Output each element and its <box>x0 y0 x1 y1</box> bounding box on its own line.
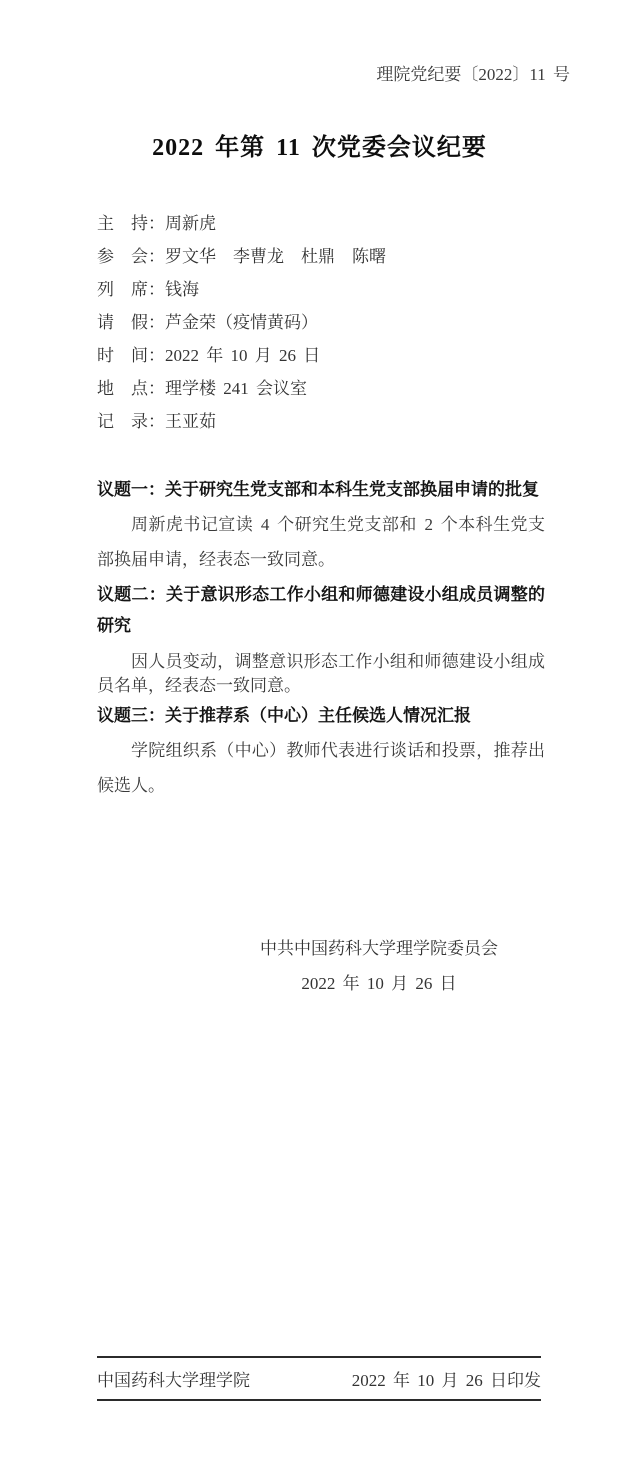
info-line-time: 时 间：2022 年 10 月 26 日 <box>97 339 545 372</box>
signature-organization: 中共中国药科大学理学院委员会 <box>155 931 603 966</box>
document-body: 主 持：周新虎 参 会：罗文华 李曹龙 杜鼎 陈曙 列 席：钱海 请 假：芦金荣… <box>97 207 545 1001</box>
meeting-info-block: 主 持：周新虎 参 会：罗文华 李曹龙 杜鼎 陈曙 列 席：钱海 请 假：芦金荣… <box>97 207 545 438</box>
page-title: 2022 年第 11 次党委会议纪要 <box>0 133 639 163</box>
agenda-item-3-body: 学院组织系（中心）教师代表进行谈话和投票，推荐出候选人。 <box>97 733 545 803</box>
agenda-item-1-heading: 议题一：关于研究生党支部和本科生党支部换届申请的批复 <box>97 472 545 507</box>
document-page: 理院党纪要〔2022〕11 号 2022 年第 11 次党委会议纪要 主 持：周… <box>0 0 639 1458</box>
doc-reference-number: 理院党纪要〔2022〕11 号 <box>0 64 570 86</box>
info-line-attendees: 参 会：罗文华 李曹龙 杜鼎 陈曙 <box>97 240 545 273</box>
agenda-item-2-heading: 议题二：关于意识形态工作小组和师德建设小组成员调整的研究 <box>97 579 545 641</box>
footer-rule-band: 中国药科大学理学院 2022 年 10 月 26 日印发 <box>97 1356 541 1401</box>
footer-issuer: 中国药科大学理学院 <box>97 1370 250 1392</box>
agenda-item-1-body: 周新虎书记宣读 4 个研究生党支部和 2 个本科生党支部换届申请，经表态一致同意… <box>97 507 545 577</box>
info-line-host: 主 持：周新虎 <box>97 207 545 240</box>
agenda-item-2-body: 因人员变动，调整意识形态工作小组和师德建设小组成员名单，经表态一致同意。 <box>97 650 545 698</box>
signature-block: 中共中国药科大学理学院委员会 2022 年 10 月 26 日 <box>155 931 603 1001</box>
info-line-observers: 列 席：钱海 <box>97 273 545 306</box>
info-line-recorder: 记 录：王亚茹 <box>97 405 545 438</box>
agenda-section: 议题一：关于研究生党支部和本科生党支部换届申请的批复 周新虎书记宣读 4 个研究… <box>97 472 545 803</box>
signature-date: 2022 年 10 月 26 日 <box>155 966 603 1001</box>
info-line-location: 地 点：理学楼 241 会议室 <box>97 372 545 405</box>
agenda-item-3-heading: 议题三：关于推荐系（中心）主任候选人情况汇报 <box>97 698 545 733</box>
footer-print-date: 2022 年 10 月 26 日印发 <box>352 1370 541 1392</box>
info-line-absent: 请 假：芦金荣（疫情黄码） <box>97 306 545 339</box>
